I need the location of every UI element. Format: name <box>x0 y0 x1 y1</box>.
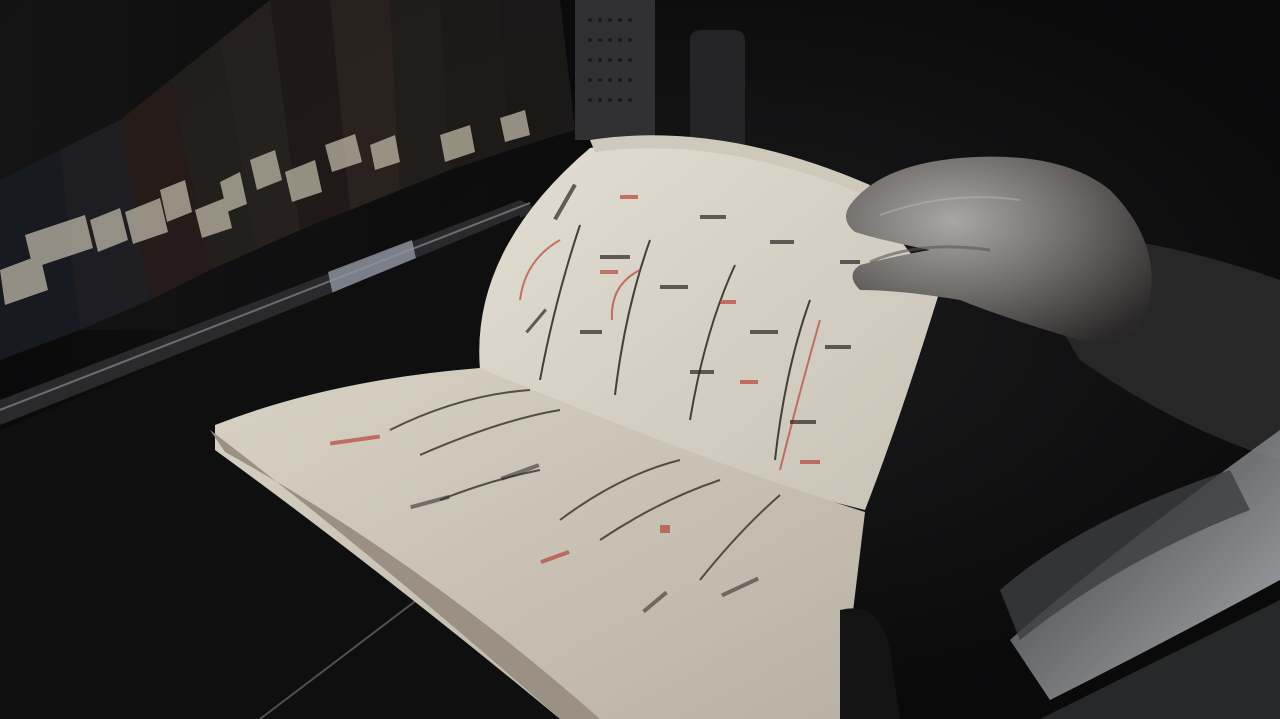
gloved-hand <box>846 157 1152 342</box>
hand-and-cloth <box>0 0 1280 719</box>
photo-scene <box>0 0 1280 719</box>
